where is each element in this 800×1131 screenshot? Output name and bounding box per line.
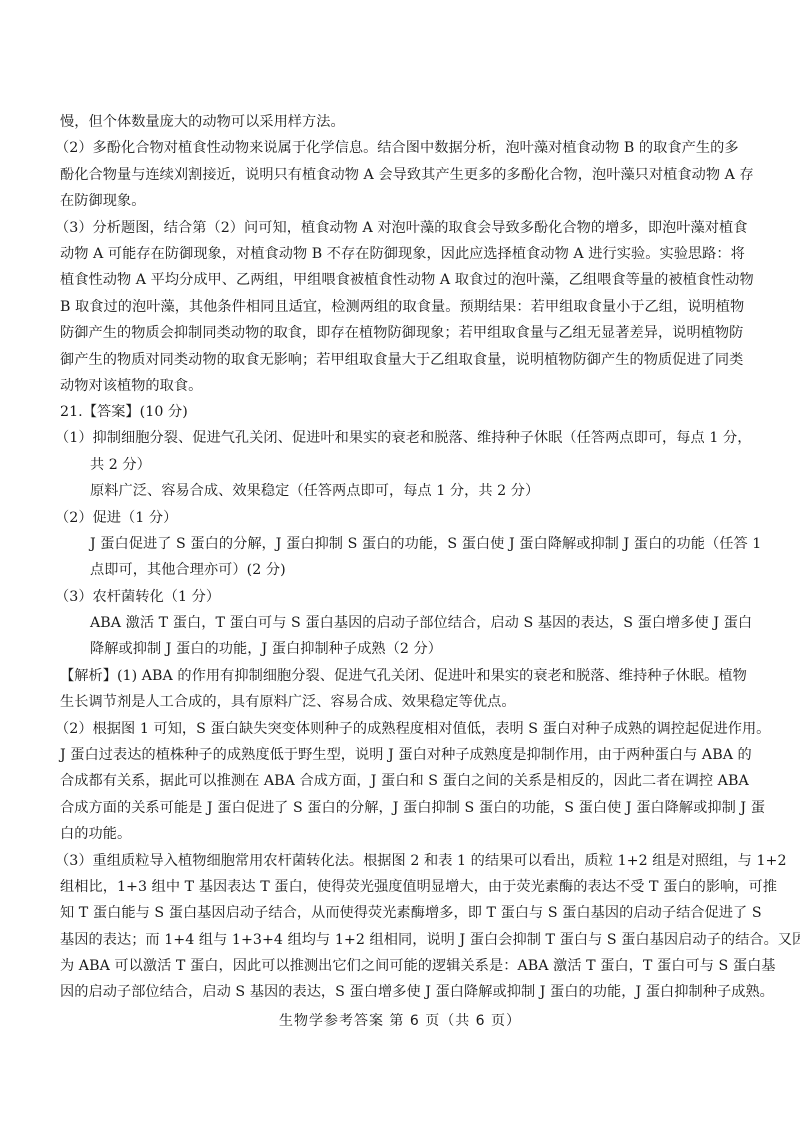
paragraph-line: 慢，但个体数量庞大的动物可以采用样方法。 — [60, 112, 742, 132]
analysis-line: J 蛋白过表达的植株种子的成熟度低于野生型，说明 J 蛋白对种子成熟度是抑制作用… — [60, 745, 742, 765]
answer-line: （1）抑制细胞分裂、促进气孔关闭、促进叶和果实的衰老和脱落、维持种子休眠（任答两… — [55, 428, 737, 448]
page-footer: 生物学参考答案 第 6 页（共 6 页） — [0, 1011, 800, 1031]
paragraph-line: 酚化合物量与连续刈割接近，说明只有植食动物 A 会导致其产生更多的多酚化合物，泡… — [60, 165, 742, 185]
answer-line: 原料广泛、容易合成、效果稳定（任答两点即可，每点 1 分，共 2 分） — [90, 481, 772, 501]
paragraph-line: 在防御现象。 — [60, 191, 742, 211]
document-page: 慢，但个体数量庞大的动物可以采用样方法。 （2）多酚化合物对植食性动物来说属于化… — [0, 0, 800, 1131]
analysis-line: 【解析】(1) ABA 的作用有抑制细胞分裂、促进气孔关闭、促进叶和果实的衰老和… — [60, 666, 742, 686]
paragraph-line: （3）分析题图，结合第（2）问可知，植食动物 A 对泡叶藻的取食会导致多酚化合物… — [55, 218, 737, 238]
question-heading: 21.【答案】(10 分) — [60, 402, 742, 422]
answer-line: 共 2 分） — [90, 455, 772, 475]
paragraph-line: （2）多酚化合物对植食性动物来说属于化学信息。结合图中数据分析，泡叶藻对植食动物… — [55, 138, 737, 158]
paragraph-line: 动物 A 可能存在防御现象，对植食动物 B 不存在防御现象，因此应选择植食动物 … — [60, 244, 742, 264]
analysis-line: 组相比，1+3 组中 T 基因表达 T 蛋白，使得荧光强度值明显增大，由于荧光素… — [60, 877, 742, 897]
answer-line: ABA 激活 T 蛋白，T 蛋白可与 S 蛋白基因的启动子部位结合，启动 S 基… — [90, 613, 772, 633]
answer-line: 降解或抑制 J 蛋白的功能，J 蛋白抑制种子成熟（2 分） — [90, 639, 772, 659]
analysis-line: 白的功能。 — [60, 824, 742, 844]
analysis-line: 因的启动子部位结合，启动 S 基因的表达，S 蛋白增多使 J 蛋白降解或抑制 J… — [60, 982, 742, 1002]
paragraph-line: 动物对该植物的取食。 — [60, 376, 742, 396]
analysis-line: 生长调节剂是人工合成的，具有原料广泛、容易合成、效果稳定等优点。 — [60, 692, 742, 712]
analysis-line: 知 T 蛋白能与 S 蛋白基因启动子结合，从而使得荧光素酶增多，即 T 蛋白与 … — [60, 903, 742, 923]
analysis-line: 合成都有关系，据此可以推测在 ABA 合成方面，J 蛋白和 S 蛋白之间的关系是… — [60, 771, 742, 791]
paragraph-line: 御产生的物质对同类动物的取食无影响；若甲组取食量大于乙组取食量，说明植物防御产生… — [60, 350, 742, 370]
answer-line: 点即可，其他合理亦可）(2 分) — [90, 560, 772, 580]
paragraph-line: B 取食过的泡叶藻，其他条件相同且适宜，检测两组的取食量。预期结果：若甲组取食量… — [60, 297, 742, 317]
analysis-line: （2）根据图 1 可知，S 蛋白缺失突变体则种子的成熟程度相对值低，表明 S 蛋… — [55, 719, 737, 739]
answer-line: J 蛋白促进了 S 蛋白的分解，J 蛋白抑制 S 蛋白的功能，S 蛋白使 J 蛋… — [90, 534, 772, 554]
answer-line: （3）农杆菌转化（1 分） — [55, 587, 737, 607]
analysis-line: 为 ABA 可以激活 T 蛋白，因此可以推测出它们之间可能的逻辑关系是：ABA … — [60, 956, 742, 976]
answer-line: （2）促进（1 分） — [55, 508, 737, 528]
analysis-line: 基因的表达；而 1+4 组与 1+3+4 组均与 1+2 组相同，说明 J 蛋白… — [60, 930, 742, 950]
analysis-line: 合成方面的关系可能是 J 蛋白促进了 S 蛋白的分解，J 蛋白抑制 S 蛋白的功… — [60, 798, 742, 818]
paragraph-line: 防御产生的物质会抑制同类动物的取食，即存在植物防御现象；若甲组取食量与乙组无显著… — [60, 323, 742, 343]
paragraph-line: 植食性动物 A 平均分成甲、乙两组，甲组喂食被植食性动物 A 取食过的泡叶藻，乙… — [60, 270, 742, 290]
analysis-line: （3）重组质粒导入植物细胞常用农杆菌转化法。根据图 2 和表 1 的结果可以看出… — [55, 851, 737, 871]
